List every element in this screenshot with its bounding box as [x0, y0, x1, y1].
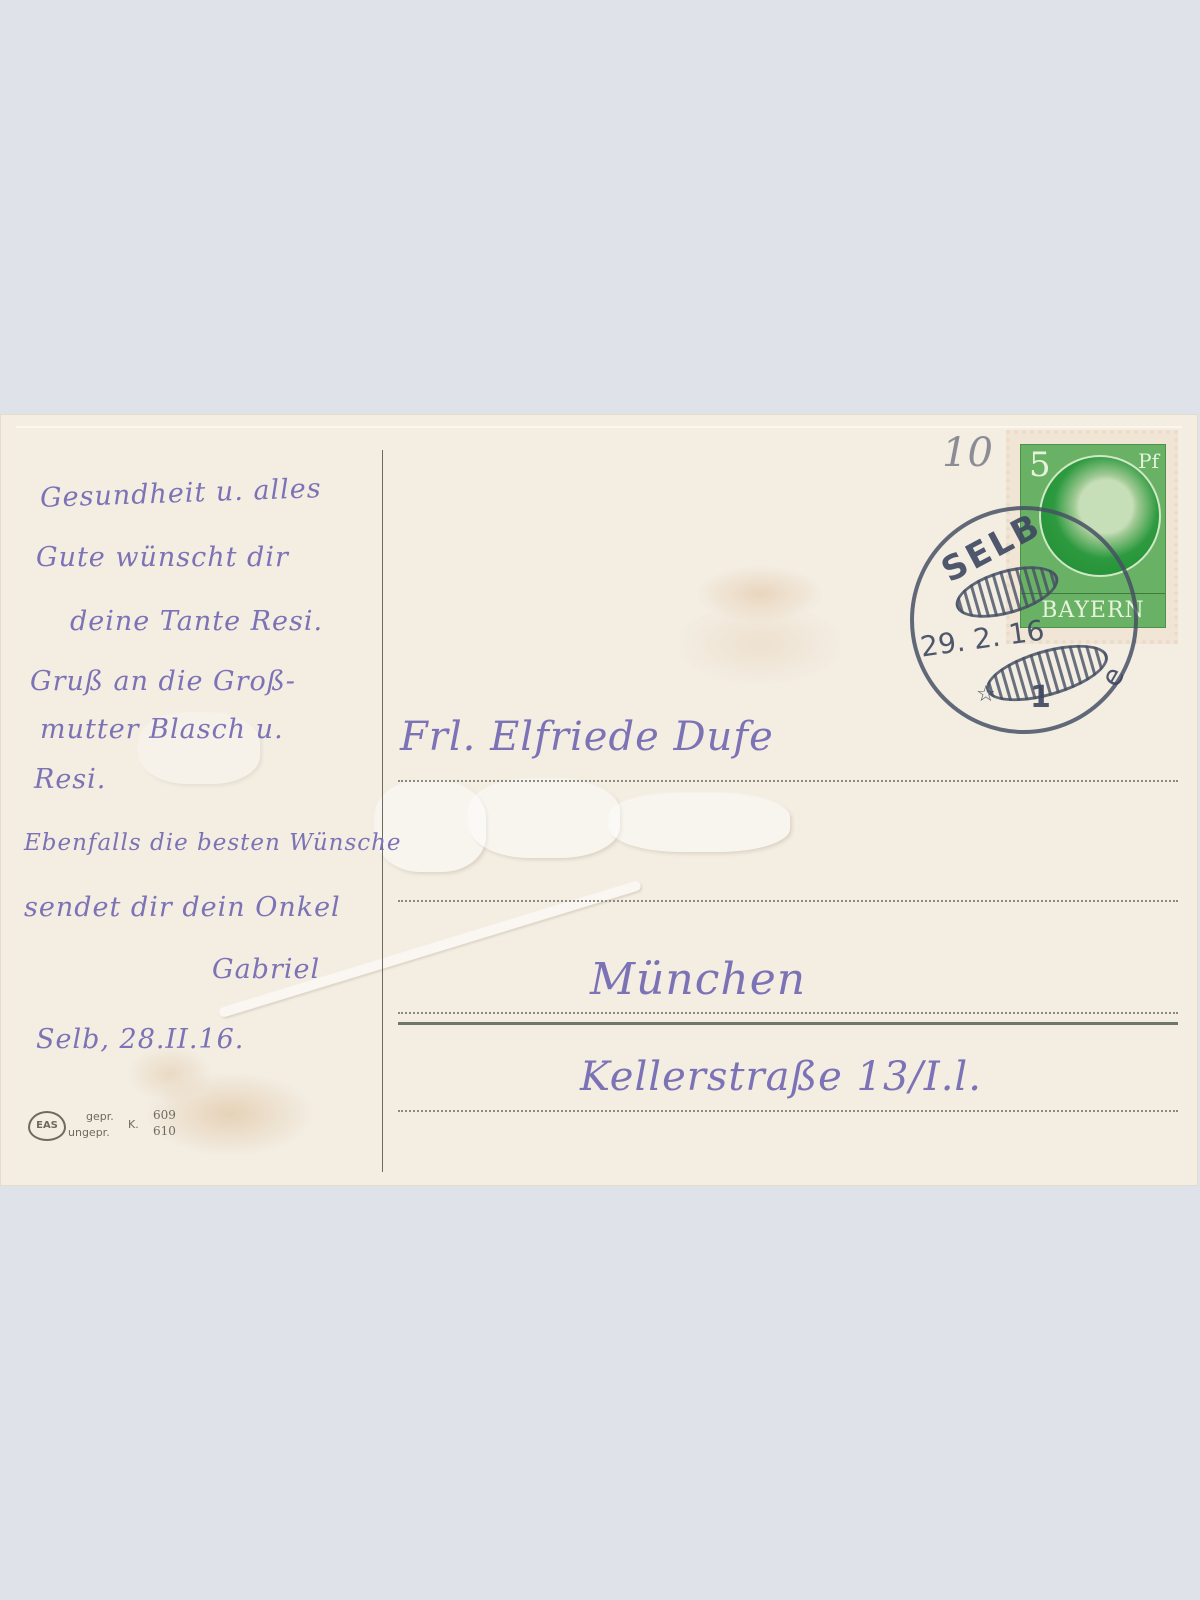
- message-place-date: Selb, 28.II.16.: [36, 1024, 244, 1055]
- message-line-5: mutter Blasch u.: [40, 714, 284, 745]
- publisher-number-2: 610: [153, 1124, 176, 1138]
- message-line-6: Resi.: [34, 764, 106, 795]
- address-line-4: [398, 1110, 1178, 1112]
- publisher-label-gepr: gepr.: [86, 1110, 114, 1123]
- publisher-logo-icon: EAS: [28, 1111, 66, 1141]
- center-divider: [382, 450, 383, 1172]
- embossed-figure-arm: [610, 794, 790, 852]
- address-line-1: [398, 780, 1178, 782]
- postmark-number: 1: [1030, 680, 1051, 715]
- message-line-3: deine Tante Resi.: [70, 606, 323, 637]
- stamp-unit: Pf: [1138, 449, 1159, 473]
- postmark: SELB 29. 2. 16 ☆ 1 e: [910, 506, 1138, 734]
- postcard: Gesundheit u. alles Gute wünscht dir dei…: [0, 414, 1198, 1186]
- stamp-value: 5: [1029, 445, 1051, 485]
- embossed-figure-body: [470, 780, 620, 858]
- recipient-city: München: [590, 954, 806, 1005]
- address-line-2: [398, 900, 1178, 902]
- publisher-series-prefix: K.: [128, 1118, 139, 1131]
- publisher-label-ungepr: ungepr.: [68, 1126, 110, 1139]
- message-signature: Gabriel: [212, 954, 320, 985]
- address-line-3: [398, 1012, 1178, 1014]
- recipient-name: Frl. Elfriede Dufe: [400, 714, 774, 760]
- postmark-star-icon: ☆: [976, 682, 996, 707]
- recipient-street: Kellerstraße 13/I.l.: [580, 1054, 982, 1100]
- address-city-underline: [398, 1022, 1178, 1025]
- pencil-note: 10: [942, 430, 993, 476]
- message-line-4: Gruß an die Groß-: [30, 666, 296, 697]
- message-line-8: sendet dir dein Onkel: [24, 892, 341, 923]
- message-line-7: Ebenfalls die besten Wünsche: [24, 830, 402, 856]
- message-line-2: Gute wünscht dir: [36, 542, 289, 573]
- publisher-number-1: 609: [153, 1108, 176, 1122]
